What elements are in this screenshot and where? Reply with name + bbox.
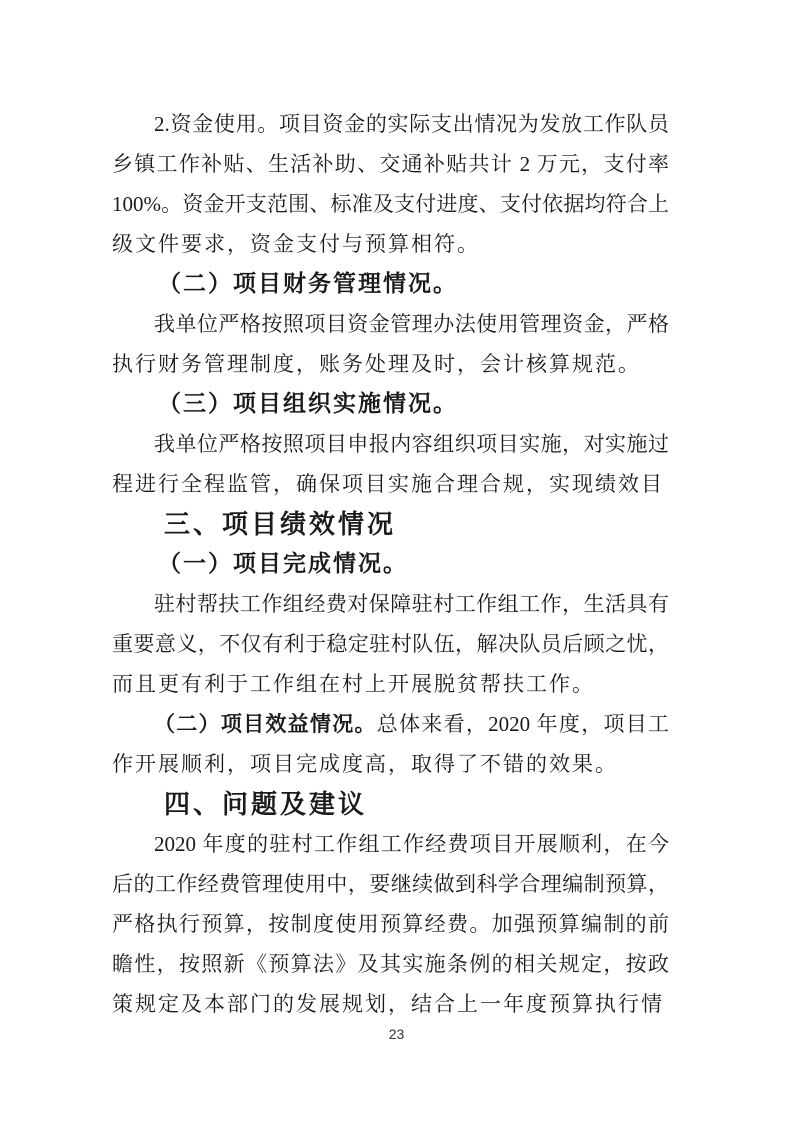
heading-text: （三）项目组织实施情况。 [158, 391, 458, 416]
heading-line: （二）项目财务管理情况。 [112, 264, 669, 304]
body-text: 程进行全程监管，确保项目实施合理合规，实现绩效目标。 [112, 472, 664, 504]
text-line: 重要意义，不仅有利于稳定驻村队伍，解决队员后顾之忧， [112, 624, 669, 664]
text-line: 瞻性，按照新《预算法》及其实施条例的相关规定，按政 [112, 944, 669, 984]
body-text: 严格执行预算，按制度使用预算经费。加强预算编制的前 [112, 912, 669, 936]
para-completion: 驻村帮扶工作组经费对保障驻村工作组工作，生活具有重要意义，不仅有利于稳定驻村队伍… [112, 584, 669, 704]
heading-line: （一）项目完成情况。 [112, 544, 669, 584]
heading-problems-suggestions: 四、问题及建议 [112, 784, 669, 824]
text-line: 程进行全程监管，确保项目实施合理合规，实现绩效目标。 [112, 464, 669, 504]
text-line: 2020 年度的驻村工作组工作经费项目开展顺利，在今 [112, 824, 669, 864]
heading-text: 四、问题及建议 [164, 789, 367, 819]
body-text: 我单位严格按照项目申报内容组织项目实施，对实施过 [154, 432, 669, 456]
heading-organization-implementation: （三）项目组织实施情况。 [112, 384, 669, 424]
text-line: 级文件要求，资金支付与预算相符。 [112, 224, 669, 264]
body-text: 级文件要求，资金支付与预算相符。 [112, 232, 480, 256]
heading-completion: （一）项目完成情况。 [112, 544, 669, 584]
page-number: 23 [0, 1024, 793, 1044]
text-line: 乡镇工作补贴、生活补助、交通补贴共计 2 万元，支付率 [112, 144, 669, 184]
heading-performance: 三、项目绩效情况 [112, 504, 669, 544]
para-organization-implementation: 我单位严格按照项目申报内容组织项目实施，对实施过程进行全程监管，确保项目实施合理… [112, 424, 669, 504]
text-line: （二）项目效益情况。总体来看，2020 年度，项目工 [112, 704, 669, 744]
text-line: 作开展顺利，项目完成度高，取得了不错的效果。 [112, 744, 669, 784]
heading-text: （一）项目完成情况。 [158, 551, 408, 576]
body-text: 瞻性，按照新《预算法》及其实施条例的相关规定，按政 [112, 952, 669, 976]
heading-line: 四、问题及建议 [112, 784, 669, 824]
para-problems-suggestions: 2020 年度的驻村工作组工作经费项目开展顺利，在今后的工作经费管理使用中，要继… [112, 824, 669, 1024]
text-line: 策规定及本部门的发展规划，结合上一年度预算执行情况 [112, 984, 669, 1024]
body-text: 驻村帮扶工作组经费对保障驻村工作组工作，生活具有 [154, 592, 669, 616]
text-line: 严格执行预算，按制度使用预算经费。加强预算编制的前 [112, 904, 669, 944]
body-text: 而且更有利于工作组在村上开展脱贫帮扶工作。 [112, 672, 595, 696]
heading-text: （二）项目财务管理情况。 [158, 271, 458, 296]
text-line: 后的工作经费管理使用中，要继续做到科学合理编制预算， [112, 864, 669, 904]
text-line: 2.资金使用。项目资金的实际支出情况为发放工作队员 [112, 104, 669, 144]
para-benefit: （二）项目效益情况。总体来看，2020 年度，项目工作开展顺利，项目完成度高，取… [112, 704, 669, 784]
heading-financial-management: （二）项目财务管理情况。 [112, 264, 669, 304]
body-text: 总体来看，2020 年度，项目工 [377, 712, 669, 736]
body-text: 乡镇工作补贴、生活补助、交通补贴共计 2 万元，支付率 [112, 152, 669, 176]
body-text: 重要意义，不仅有利于稳定驻村队伍，解决队员后顾之忧， [112, 632, 669, 656]
text-line: 执行财务管理制度，账务处理及时，会计核算规范。 [112, 344, 669, 384]
body-text: 我单位严格按照项目资金管理办法使用管理资金，严格 [154, 312, 669, 336]
heading-line: （三）项目组织实施情况。 [112, 384, 669, 424]
body-text: 2.资金使用。项目资金的实际支出情况为发放工作队员 [154, 112, 669, 136]
para-financial-management: 我单位严格按照项目资金管理办法使用管理资金，严格执行财务管理制度，账务处理及时，… [112, 304, 669, 384]
text-line: 100%。资金开支范围、标准及支付进度、支付依据均符合上 [112, 184, 669, 224]
document-page: 2.资金使用。项目资金的实际支出情况为发放工作队员乡镇工作补贴、生活补助、交通补… [0, 0, 793, 1122]
para-funds-usage: 2.资金使用。项目资金的实际支出情况为发放工作队员乡镇工作补贴、生活补助、交通补… [112, 104, 669, 264]
text-line: 驻村帮扶工作组经费对保障驻村工作组工作，生活具有 [112, 584, 669, 624]
body-text: 后的工作经费管理使用中，要继续做到科学合理编制预算， [112, 872, 669, 896]
text-line: 我单位严格按照项目资金管理办法使用管理资金，严格 [112, 304, 669, 344]
heading-line: 三、项目绩效情况 [112, 504, 669, 544]
heading-text: （二）项目效益情况。 [154, 712, 377, 736]
body-text: 100%。资金开支范围、标准及支付进度、支付依据均符合上 [112, 192, 669, 216]
heading-text: 三、项目绩效情况 [164, 509, 396, 539]
body-text: 执行财务管理制度，账务处理及时，会计核算规范。 [112, 352, 641, 376]
body-text: 2020 年度的驻村工作组工作经费项目开展顺利，在今 [154, 832, 669, 856]
text-line: 而且更有利于工作组在村上开展脱贫帮扶工作。 [112, 664, 669, 704]
text-line: 我单位严格按照项目申报内容组织项目实施，对实施过 [112, 424, 669, 464]
document-content: 2.资金使用。项目资金的实际支出情况为发放工作队员乡镇工作补贴、生活补助、交通补… [112, 104, 669, 1024]
body-text: 策规定及本部门的发展规划，结合上一年度预算执行情况 [112, 992, 664, 1024]
body-text: 作开展顺利，项目完成度高，取得了不错的效果。 [112, 752, 618, 776]
